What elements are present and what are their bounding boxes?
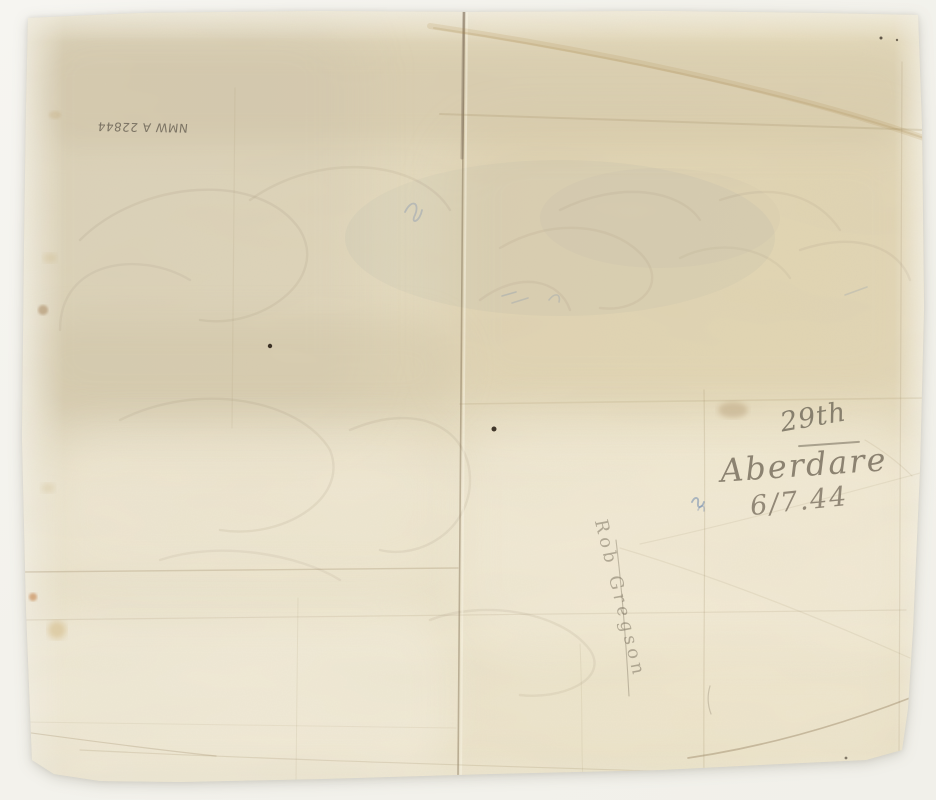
paper-shadow-wrapper: NMW A 22844 29th Aberdare 6/7.44 Rob Gre… (20, 8, 924, 784)
paper-grain-texture (20, 8, 924, 784)
scan-page: { "scene": { "kind": "scanned verso of a… (0, 0, 936, 800)
paper-sheet: NMW A 22844 29th Aberdare 6/7.44 Rob Gre… (20, 8, 924, 784)
paper-marks-layer (20, 8, 924, 784)
